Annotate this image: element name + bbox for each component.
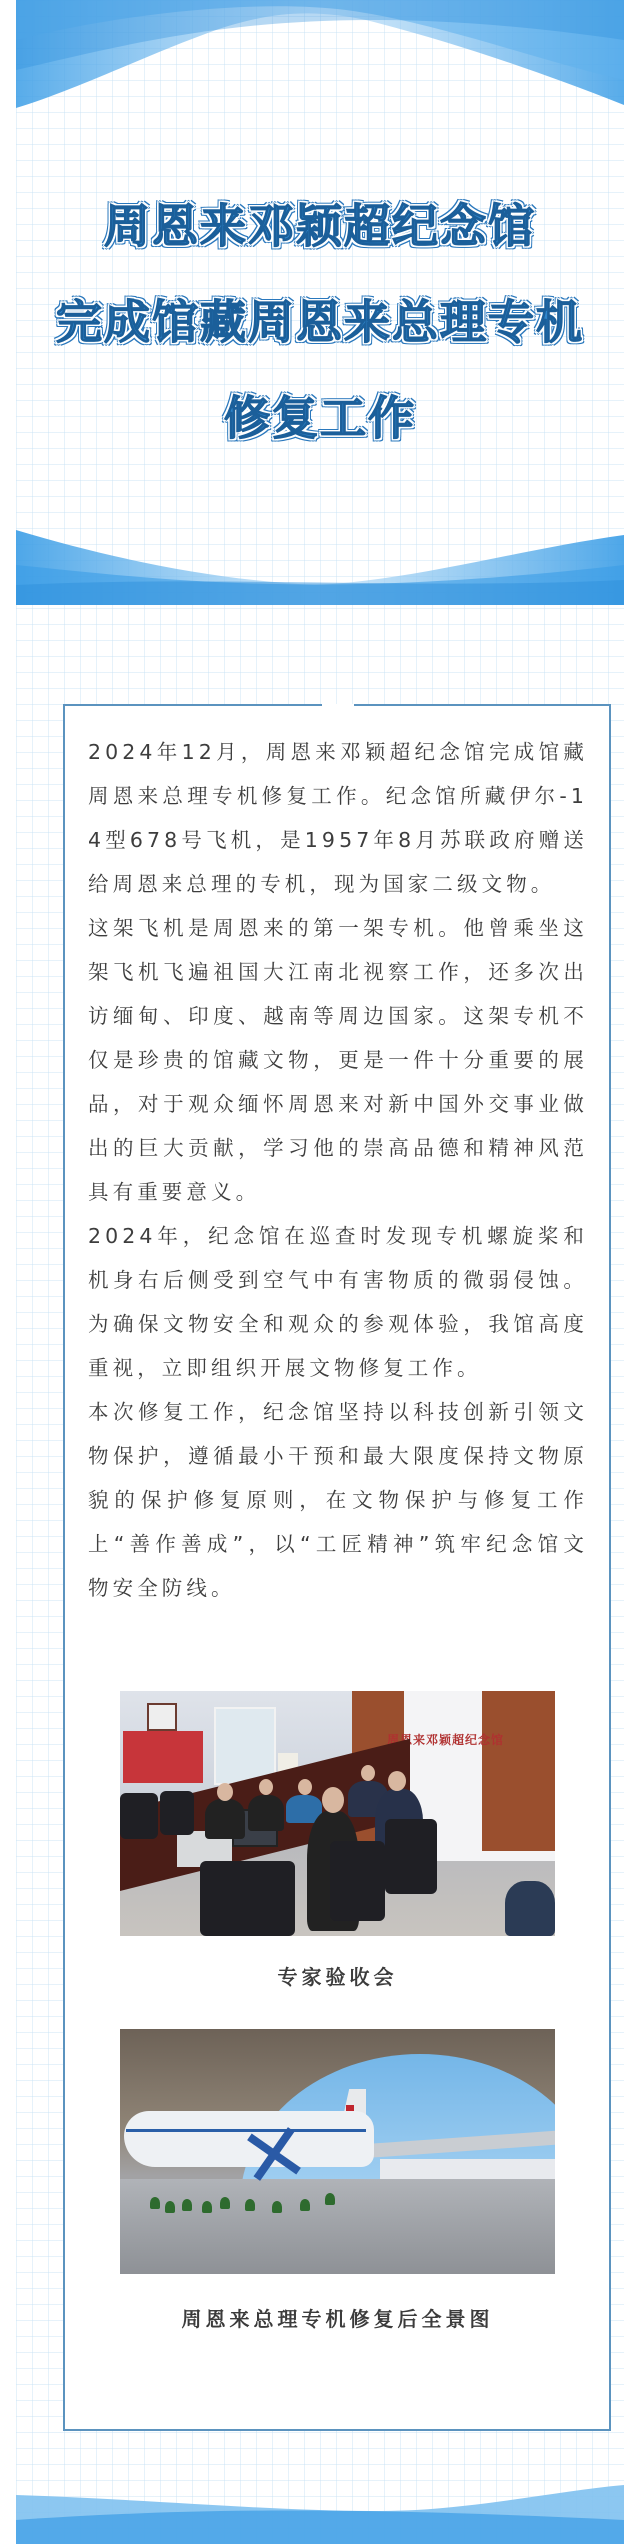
- figure-caption-2: 周恩来总理专机修复后全景图: [120, 2303, 555, 2332]
- expert-meeting-photo: 周恩来邓颖超纪念馆: [120, 1691, 555, 1936]
- page-background: 周恩来邓颖超纪念馆 完成馆藏周恩来总理专机 修复工作: [16, 0, 624, 2544]
- box-notch: [322, 704, 354, 707]
- middle-wave-decoration: [16, 505, 624, 605]
- title-line-2: 完成馆藏周恩来总理专机: [16, 274, 624, 370]
- article-box: 2024年12月，周恩来邓颖超纪念馆完成馆藏周恩来总理专机修复工作。纪念馆所藏伊…: [63, 704, 611, 2431]
- bottom-wave-decoration: [16, 2480, 624, 2544]
- figure-caption-1: 专家验收会: [120, 1961, 555, 1990]
- figure-expert-meeting: 周恩来邓颖超纪念馆: [120, 1691, 555, 1936]
- paragraph-2: 这架飞机是周恩来的第一架专机。他曾乘坐这架飞机飞遍祖国大江南北视察工作，还多次出…: [88, 906, 588, 1214]
- wall-sign: [123, 1731, 203, 1783]
- top-wave-decoration: [16, 0, 624, 110]
- title-line-1: 周恩来邓颖超纪念馆: [16, 178, 624, 274]
- page-title: 周恩来邓颖超纪念馆 完成馆藏周恩来总理专机 修复工作: [16, 178, 624, 466]
- article-body: 2024年12月，周恩来邓颖超纪念馆完成馆藏周恩来总理专机修复工作。纪念馆所藏伊…: [88, 730, 588, 1610]
- paragraph-4: 本次修复工作，纪念馆坚持以科技创新引领文物保护，遵循最小干预和最大限度保持文物原…: [88, 1390, 588, 1610]
- figure-aircraft-panorama: 周恩来总理专机修复后全景图: [120, 2029, 555, 2274]
- title-line-3: 修复工作: [16, 370, 624, 466]
- aircraft-panorama-photo: [120, 2029, 555, 2274]
- paragraph-3: 2024年，纪念馆在巡查时发现专机螺旋桨和机身右后侧受到空气中有害物质的微弱侵蚀…: [88, 1214, 588, 1390]
- paragraph-1: 2024年12月，周恩来邓颖超纪念馆完成馆藏周恩来总理专机修复工作。纪念馆所藏伊…: [88, 730, 588, 906]
- clock-icon: [147, 1703, 177, 1731]
